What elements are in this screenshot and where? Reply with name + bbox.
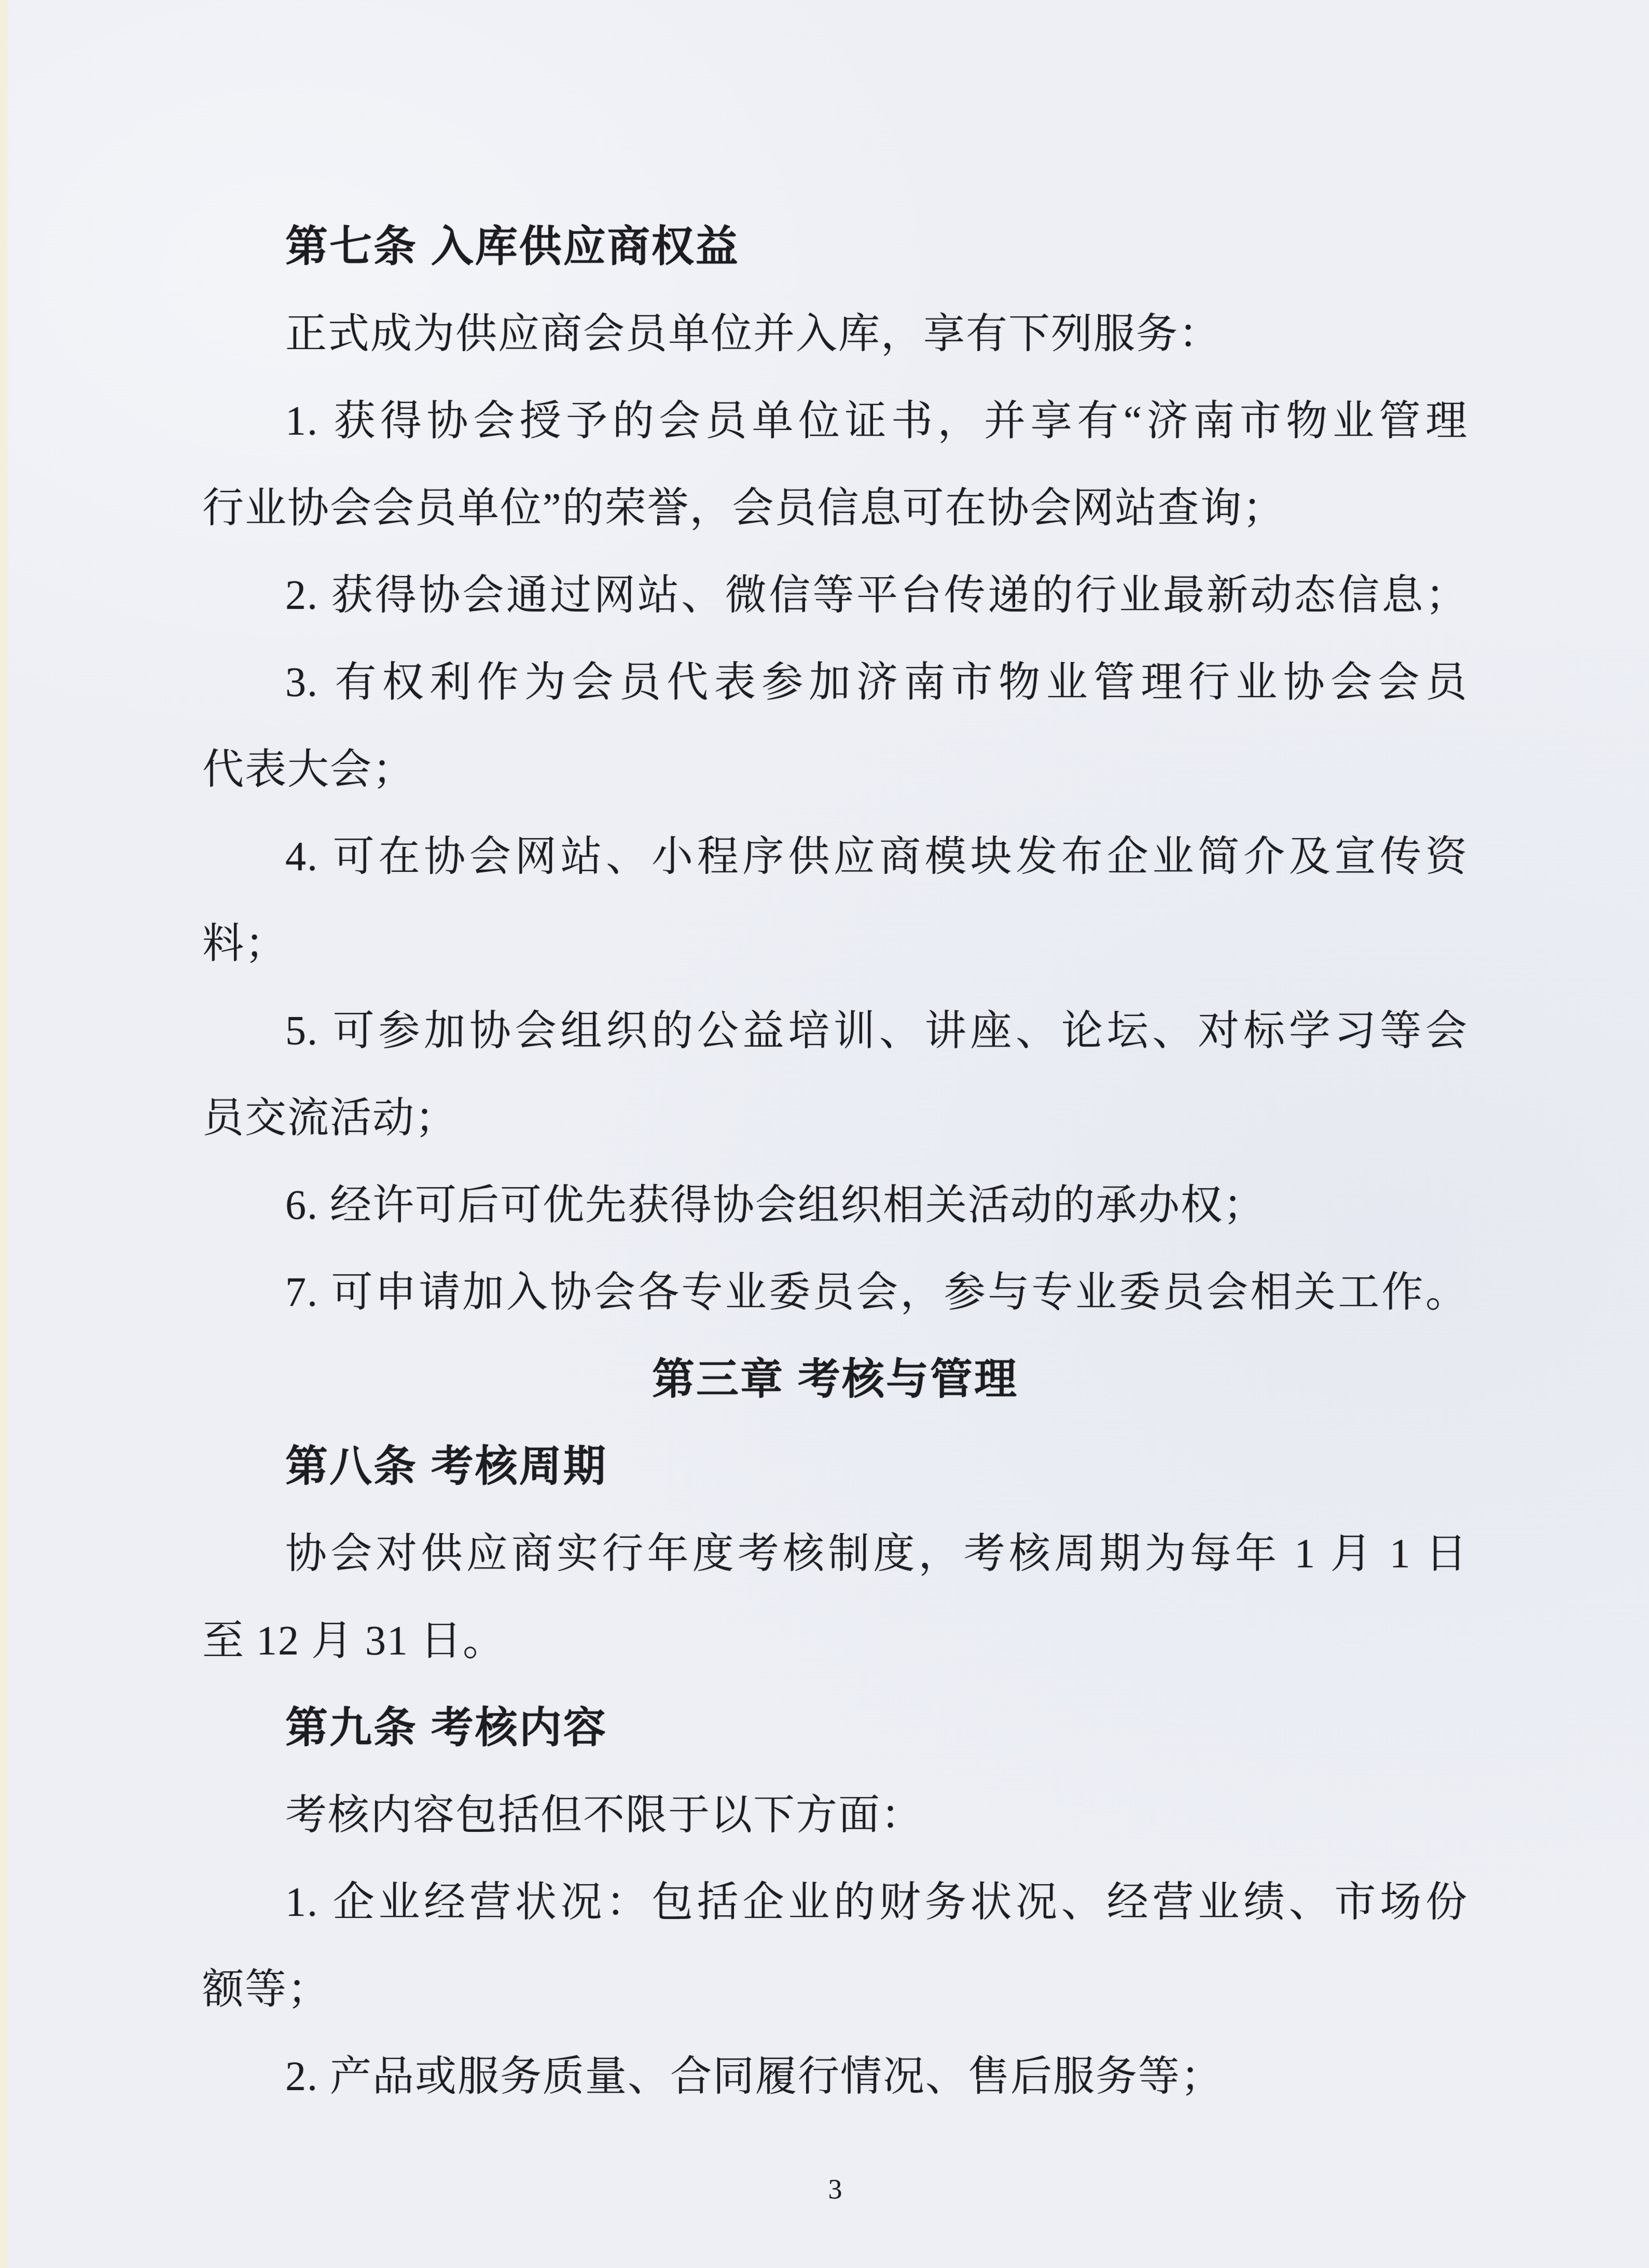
paragraph-line: 料；	[202, 900, 1468, 987]
paragraph-line: 代表大会；	[202, 726, 1468, 813]
paragraph-line: 行业协会会员单位”的荣誉，会员信息可在协会网站查询；	[202, 465, 1468, 552]
article-heading: 第七条 入库供应商权益	[202, 203, 1468, 290]
list-item-line: 2. 获得协会通过网站、微信等平台传递的行业最新动态信息；	[202, 552, 1468, 639]
paragraph-line: 协会对供应商实行年度考核制度，考核周期为每年 1 月 1 日	[202, 1510, 1468, 1597]
list-item-line: 1. 获得协会授予的会员单位证书，并享有“济南市物业管理	[202, 378, 1468, 465]
paragraph-line: 考核内容包括但不限于以下方面：	[202, 1772, 1468, 1859]
list-item-line: 5. 可参加协会组织的公益培训、讲座、论坛、对标学习等会	[202, 987, 1468, 1075]
list-item-line: 4. 可在协会网站、小程序供应商模块发布企业简介及宣传资	[202, 813, 1468, 900]
article-heading: 第九条 考核内容	[202, 1685, 1468, 1772]
article-heading: 第八条 考核周期	[202, 1423, 1468, 1510]
page-number: 3	[202, 2161, 1468, 2218]
list-item-line: 2. 产品或服务质量、合同履行情况、售后服务等；	[202, 2033, 1468, 2120]
list-item-line: 7. 可申请加入协会各专业委员会，参与专业委员会相关工作。	[202, 1249, 1468, 1336]
document-page: 第七条 入库供应商权益 正式成为供应商会员单位并入库，享有下列服务： 1. 获得…	[0, 0, 1649, 2268]
document-body: 第七条 入库供应商权益 正式成为供应商会员单位并入库，享有下列服务： 1. 获得…	[202, 203, 1468, 2218]
paragraph-line: 员交流活动；	[202, 1075, 1468, 1162]
list-item-line: 1. 企业经营状况：包括企业的财务状况、经营业绩、市场份	[202, 1859, 1468, 1946]
paragraph-line: 正式成为供应商会员单位并入库，享有下列服务：	[202, 290, 1468, 378]
list-item-line: 3. 有权利作为会员代表参加济南市物业管理行业协会会员	[202, 639, 1468, 726]
scan-edge-strip	[0, 0, 9, 2268]
paragraph-line: 至 12 月 31 日。	[202, 1597, 1468, 1685]
chapter-heading: 第三章 考核与管理	[202, 1336, 1468, 1423]
list-item-line: 6. 经许可后可优先获得协会组织相关活动的承办权；	[202, 1162, 1468, 1249]
paragraph-line: 额等；	[202, 1946, 1468, 2033]
